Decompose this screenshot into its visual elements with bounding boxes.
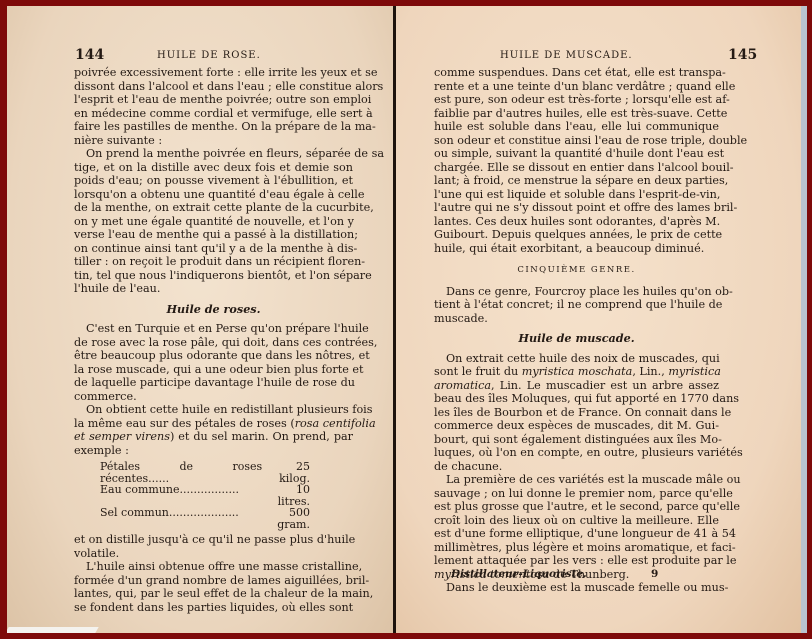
latin-name: et semper virens bbox=[74, 430, 170, 443]
text-line: on y met une égale quantité de nouvelle,… bbox=[74, 215, 353, 229]
text-fragment: la même eau sur des pétales de roses ( bbox=[74, 417, 295, 430]
latin-name: myristica bbox=[668, 365, 721, 378]
recipe-qty: 10 litres. bbox=[262, 484, 310, 507]
text-line: commerce deux espèces de muscades, dit M… bbox=[434, 419, 719, 433]
recipe-item: Sel commun.................... bbox=[100, 507, 239, 530]
text-line: les îles de Bourbon et de France. On con… bbox=[434, 406, 719, 420]
text-line: sauvage ; on lui donne le premier nom, p… bbox=[434, 487, 719, 501]
running-head: HUILE DE MUSCADE. bbox=[500, 50, 633, 61]
text-line: muscade. bbox=[434, 312, 719, 326]
recipe-qty: 25 kilog. bbox=[262, 461, 310, 484]
text-line: On obtient cette huile en redistillant p… bbox=[74, 403, 353, 417]
text-line: est d'une forme elliptique, d'une longue… bbox=[434, 527, 719, 541]
text-fragment: , Lin. Le muscadier est un arbre assez bbox=[491, 379, 719, 392]
text-line: On extrait cette huile des noix de musca… bbox=[434, 352, 719, 366]
recipe-item: Eau commune................. bbox=[100, 484, 239, 507]
text-line: tiller : on reçoit le produit dans un ré… bbox=[74, 255, 353, 269]
recipe-row: Pétales de roses récentes...... 25 kilog… bbox=[100, 461, 310, 484]
text-line: C'est en Turquie et en Perse qu'on prépa… bbox=[74, 322, 353, 336]
text-line: de chacune. bbox=[434, 460, 719, 474]
recipe-item: Pétales de roses récentes...... bbox=[100, 461, 262, 484]
text-line: millimètres, plus légère et moins aromat… bbox=[434, 541, 719, 555]
text-line: l'une qui est liquide et soluble dans l'… bbox=[434, 188, 719, 202]
latin-name: myristica moschata bbox=[522, 365, 633, 378]
page-number: 145 bbox=[728, 47, 757, 63]
left-page: 144 HUILE DE ROSE. poivrée excessivement… bbox=[7, 6, 396, 633]
text-line: Dans ce genre, Fourcroy place les huiles… bbox=[434, 285, 719, 299]
recipe-table: Pétales de roses récentes...... 25 kilog… bbox=[100, 461, 310, 530]
text-line: l'huile de l'eau. bbox=[74, 282, 353, 296]
text-line: et on distille jusqu'à ce qu'il ne passe… bbox=[74, 533, 353, 547]
text-line: lantes. Ces deux huiles sont odorantes, … bbox=[434, 215, 719, 229]
text-line: huile, qui était exorbitant, a beaucoup … bbox=[434, 242, 719, 256]
text-fragment: ) et du sel marin. On prend, par bbox=[170, 430, 353, 443]
text-line: beau des îles Moluques, qui fut apporté … bbox=[434, 392, 719, 406]
text-line: être beaucoup plus odorante que dans les… bbox=[74, 349, 353, 363]
text-line: en médecine comme cordial et vermifuge, … bbox=[74, 107, 353, 121]
text-line: est plus grosse que l'autre, et le secon… bbox=[434, 500, 719, 514]
text-line: poivrée excessivement forte : elle irrit… bbox=[74, 66, 353, 80]
text-line: rente et a une teinte d'un blanc verdâtr… bbox=[434, 80, 719, 94]
text-line: tige, et on la distille avec deux fois e… bbox=[74, 161, 353, 175]
text-line: tin, tel que nous l'indiquerons bientôt,… bbox=[74, 269, 353, 283]
text-line: faiblie par d'autres huiles, elle est tr… bbox=[434, 107, 719, 121]
text-line: lant; à froid, ce menstrue la sépare en … bbox=[434, 174, 719, 188]
text-line: croît loin des lieux où on cultive la me… bbox=[434, 514, 719, 528]
page-body: poivrée excessivement forte : elle irrit… bbox=[74, 66, 353, 614]
section-subheading: Huile de roses. bbox=[74, 303, 353, 317]
text-line: son odeur et constitue ainsi l'eau de ro… bbox=[434, 134, 719, 148]
text-line: chargée. Elle se dissout en entier dans … bbox=[434, 161, 719, 175]
page-number: 144 bbox=[75, 47, 104, 63]
text-line: huile est soluble dans l'eau, elle lui c… bbox=[434, 120, 719, 134]
page-body: comme suspendues. Dans cet état, elle es… bbox=[434, 66, 719, 595]
text-line: lorsqu'on a obtenu une quantité d'eau ég… bbox=[74, 188, 353, 202]
latin-name: rosa centifolia bbox=[295, 417, 376, 430]
text-line: nière suivante : bbox=[74, 134, 353, 148]
text-line: l'autre qui ne s'y dissout point et offr… bbox=[434, 201, 719, 215]
signature-mark: 9 bbox=[651, 568, 658, 580]
text-line: lantes, qui, par le seul effet de la cha… bbox=[74, 587, 353, 601]
text-line: faire les pastilles de menthe. On la pré… bbox=[74, 120, 353, 134]
text-line: aromatica, Lin. Le muscadier est un arbr… bbox=[434, 379, 719, 393]
text-line: commerce. bbox=[74, 390, 353, 404]
text-line: de la menthe, on extrait cette plante de… bbox=[74, 201, 353, 215]
text-line: exemple : bbox=[74, 444, 353, 458]
text-line: lement attaquée par les vers : elle est … bbox=[434, 554, 719, 568]
text-line: Guibourt. Depuis quelques années, le pri… bbox=[434, 228, 719, 242]
text-line: comme suspendues. Dans cet état, elle es… bbox=[434, 66, 719, 80]
text-line: de laquelle participe davantage l'huile … bbox=[74, 376, 353, 390]
text-line: L'huile ainsi obtenue offre une masse cr… bbox=[74, 560, 353, 574]
text-line: sont le fruit du myristica moschata, Lin… bbox=[434, 365, 719, 379]
text-line: verse l'eau de menthe qui a passé à la d… bbox=[74, 228, 353, 242]
text-line: On prend la menthe poivrée en fleurs, sé… bbox=[74, 147, 353, 161]
text-fragment: , Lin., bbox=[632, 365, 668, 378]
recipe-row: Eau commune................. 10 litres. bbox=[100, 484, 310, 507]
text-line: est pure, son odeur est très-forte ; lor… bbox=[434, 93, 719, 107]
text-line: formée d'un grand nombre de lames aiguil… bbox=[74, 574, 353, 588]
text-line: se fondent dans les parties liquides, où… bbox=[74, 601, 353, 615]
text-line: volatile. bbox=[74, 547, 353, 561]
text-line: la même eau sur des pétales de roses (ro… bbox=[74, 417, 353, 431]
text-line: l'esprit et l'eau de menthe poivrée; out… bbox=[74, 93, 353, 107]
text-line: ou simple, suivant la quantité d'huile d… bbox=[434, 147, 719, 161]
recipe-qty: 500 gram. bbox=[262, 507, 310, 530]
text-line: bourt, qui sont également distinguées au… bbox=[434, 433, 719, 447]
text-line: poids d'eau; on pousse vivement à l'ébul… bbox=[74, 174, 353, 188]
text-line: et semper virens) et du sel marin. On pr… bbox=[74, 430, 353, 444]
text-line: on continue ainsi tant qu'il y a de la m… bbox=[74, 242, 353, 256]
text-line: tient à l'état concret; il ne comprend q… bbox=[434, 298, 719, 312]
text-line: luques, où l'on en compte, en outre, plu… bbox=[434, 446, 719, 460]
recipe-row: Sel commun.................... 500 gram. bbox=[100, 507, 310, 530]
section-heading: CINQUIÈME GENRE. bbox=[434, 264, 719, 278]
latin-name: aromatica bbox=[434, 379, 491, 392]
text-line: dissont dans l'alcool et dans l'eau ; el… bbox=[74, 80, 353, 94]
text-line: la rose muscade, qui a une odeur bien pl… bbox=[74, 363, 353, 377]
text-fragment: sont le fruit du bbox=[434, 365, 522, 378]
signature-line: Distillateur-Liquoriste. bbox=[451, 568, 587, 580]
text-line: Dans le deuxième est la muscade femelle … bbox=[434, 581, 719, 595]
text-line: de rose avec la rose pâle, qui doit, dan… bbox=[74, 336, 353, 350]
running-head: HUILE DE ROSE. bbox=[157, 50, 261, 61]
section-subheading: Huile de muscade. bbox=[434, 332, 719, 346]
text-line: La première de ces variétés est la musca… bbox=[434, 473, 719, 487]
right-page: HUILE DE MUSCADE. 145 comme suspendues. … bbox=[396, 6, 807, 633]
